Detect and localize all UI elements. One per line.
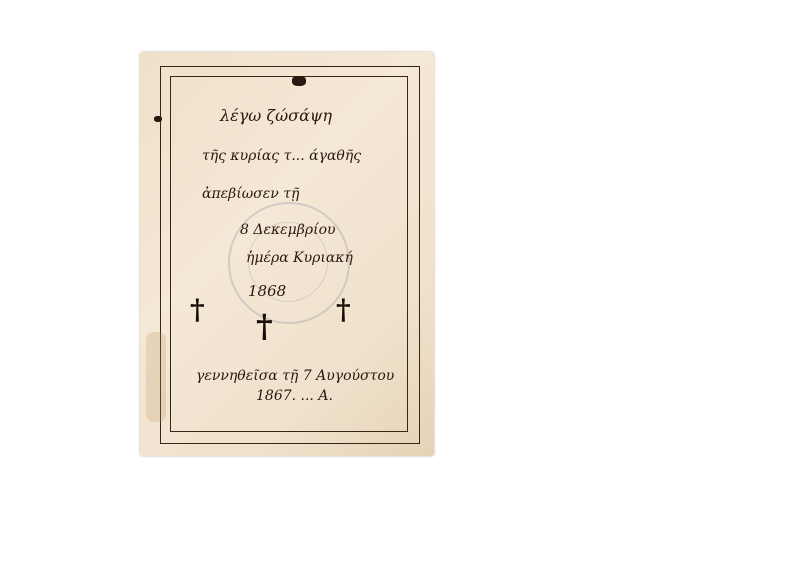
ink-blot <box>154 116 162 122</box>
text-line-6: 1868 <box>248 282 286 300</box>
cross-icon: † <box>190 296 205 324</box>
text-line-8: 1867. ... Α. <box>256 388 333 404</box>
manuscript-page: λέγω ζώσάψη τῆς κυρίας τ... άγαθῆς ἀπεβί… <box>140 52 434 456</box>
text-line-4: 8 Δεκεμβρίου <box>240 222 336 238</box>
cross-icon: † <box>336 296 351 324</box>
text-line-7: γεννηθεῖσα τῇ 7 Αυγούστου <box>196 368 394 384</box>
text-line-5: ἡμέρα Κυριακή <box>246 250 353 266</box>
text-line-2: τῆς κυρίας τ... άγαθῆς <box>202 148 361 164</box>
ink-blot <box>292 76 306 86</box>
cross-icon: † <box>256 310 273 342</box>
text-line-3: ἀπεβίωσεν τῇ <box>202 186 299 202</box>
text-line-1: λέγω ζώσάψη <box>220 106 332 125</box>
